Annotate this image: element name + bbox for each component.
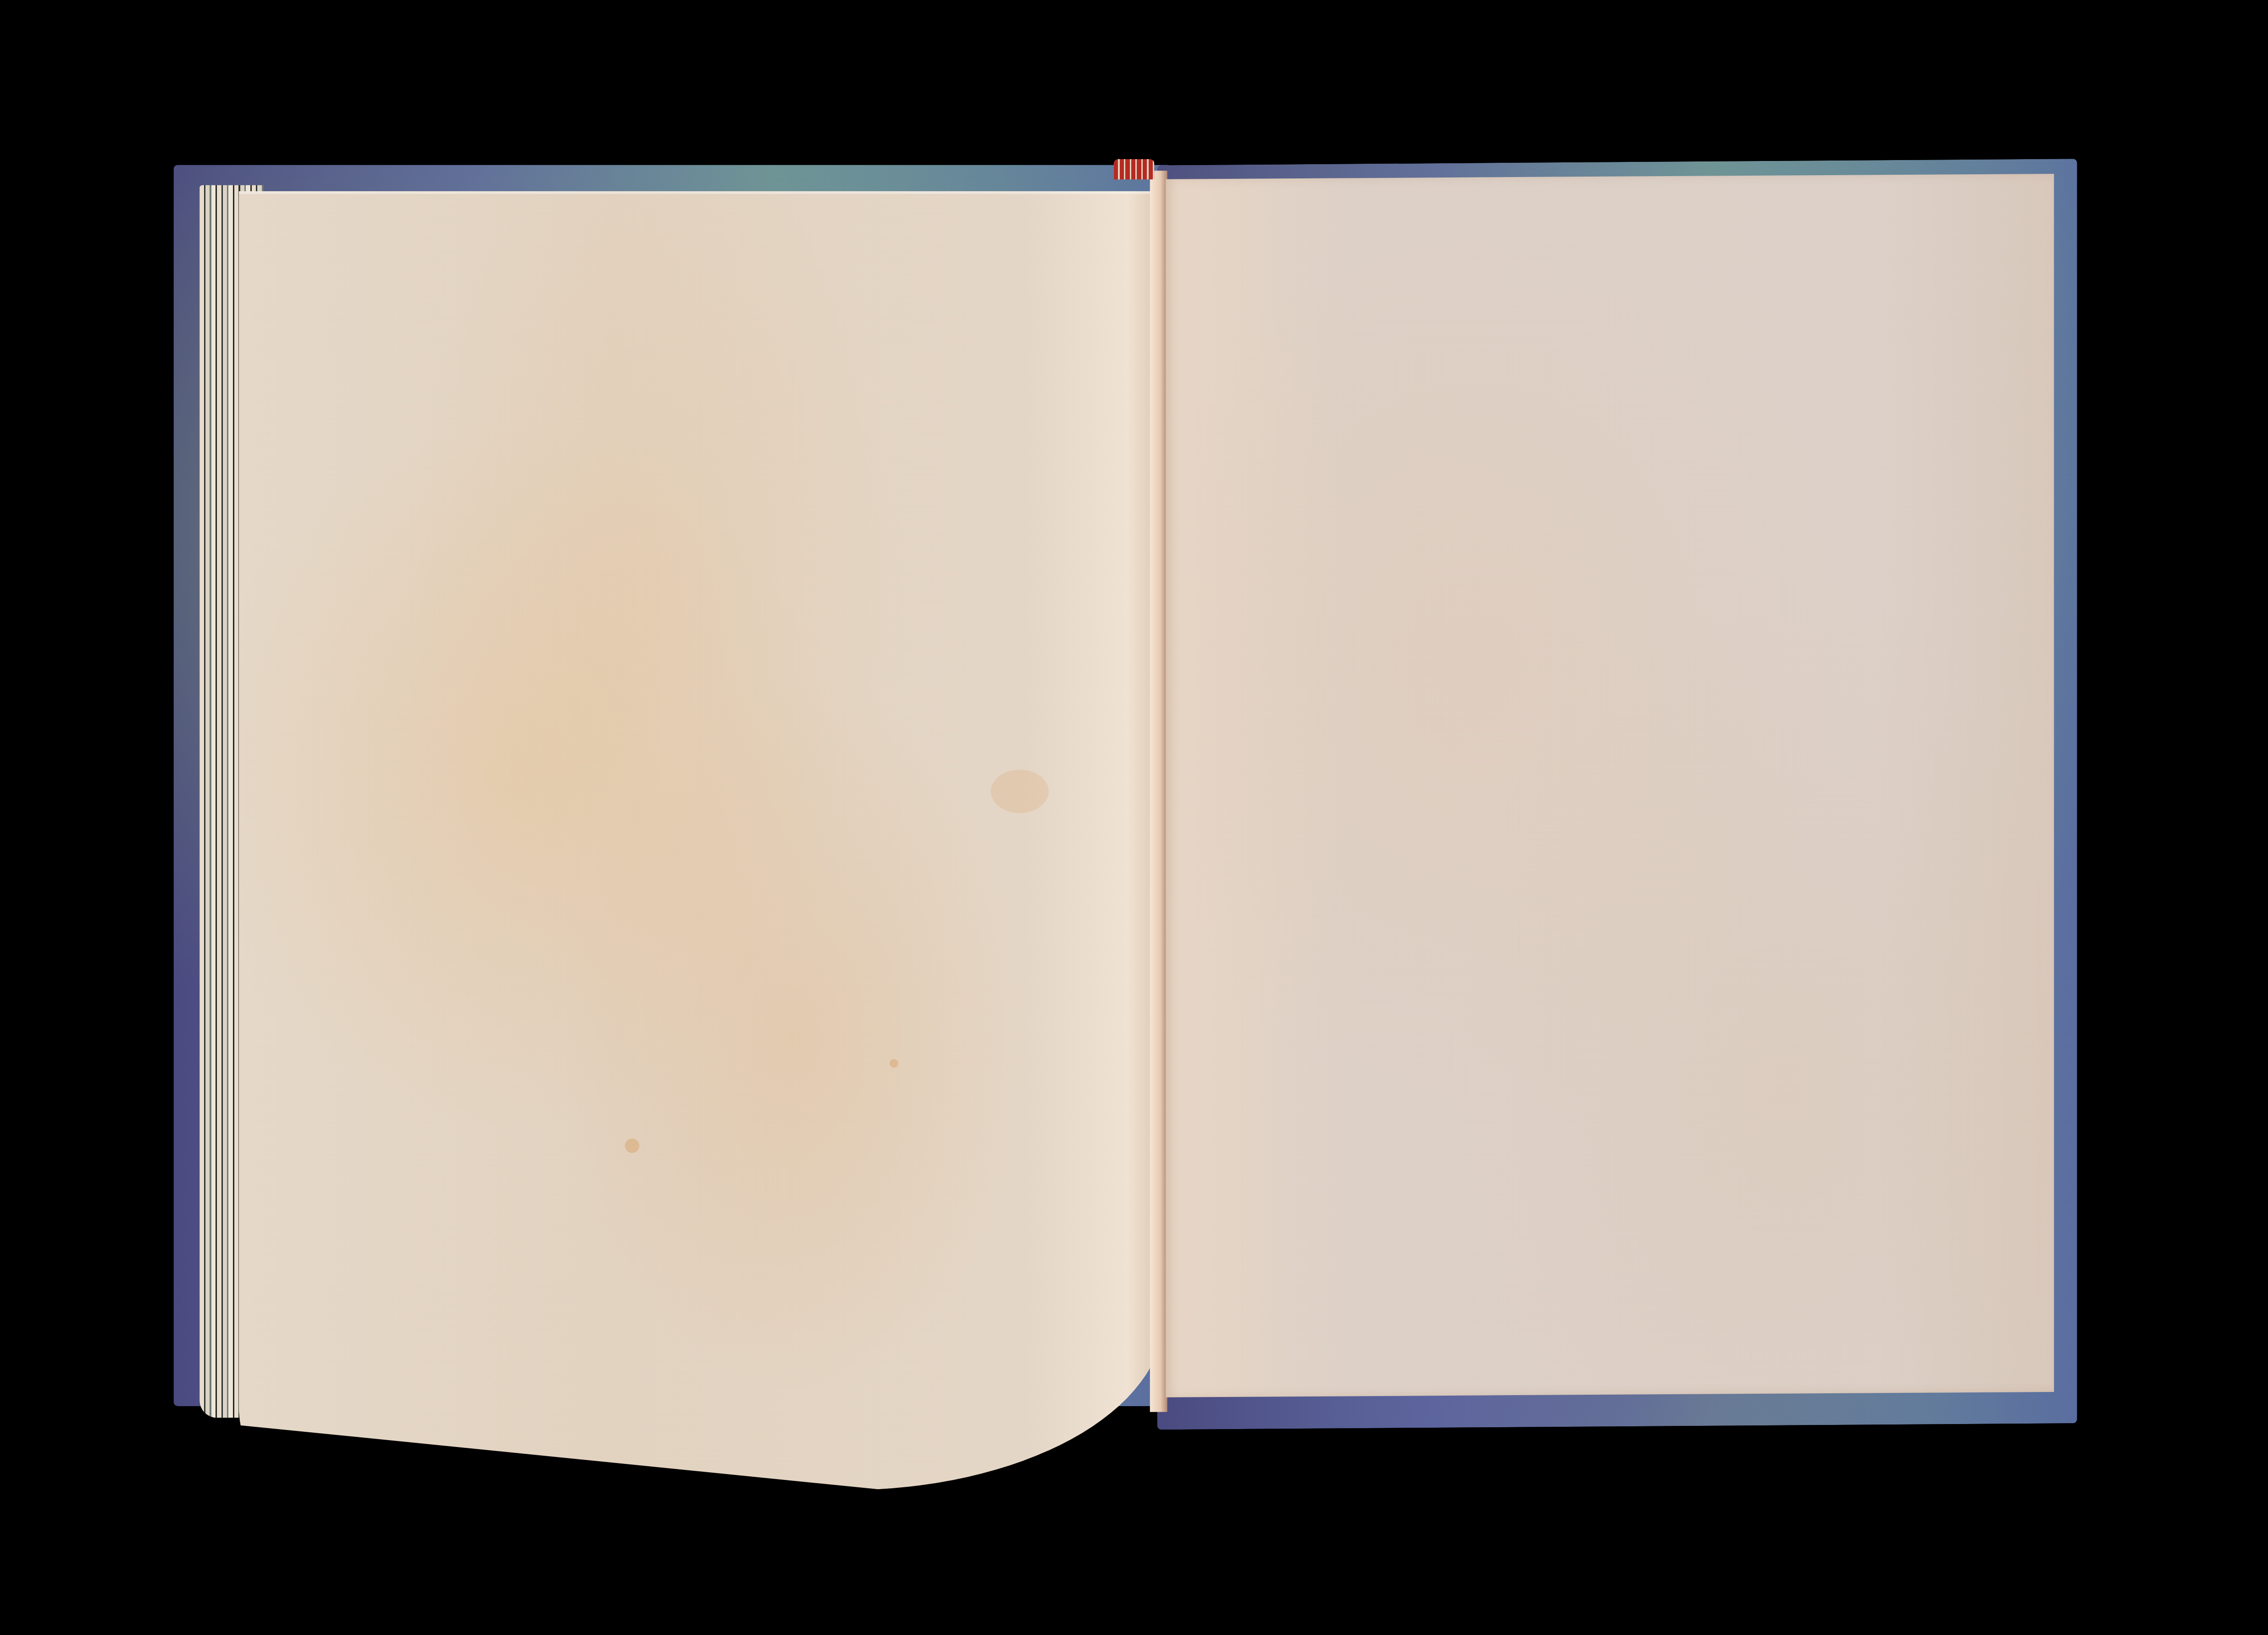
right-page [1166,174,2054,1397]
foxing-spot [991,770,1049,813]
foxing-spot [890,1059,898,1068]
left-page [238,191,1164,1490]
book-photo [0,0,2268,1635]
foxing-spot [625,1139,640,1153]
book-gutter [1150,171,1167,1412]
headband [1114,159,1154,179]
